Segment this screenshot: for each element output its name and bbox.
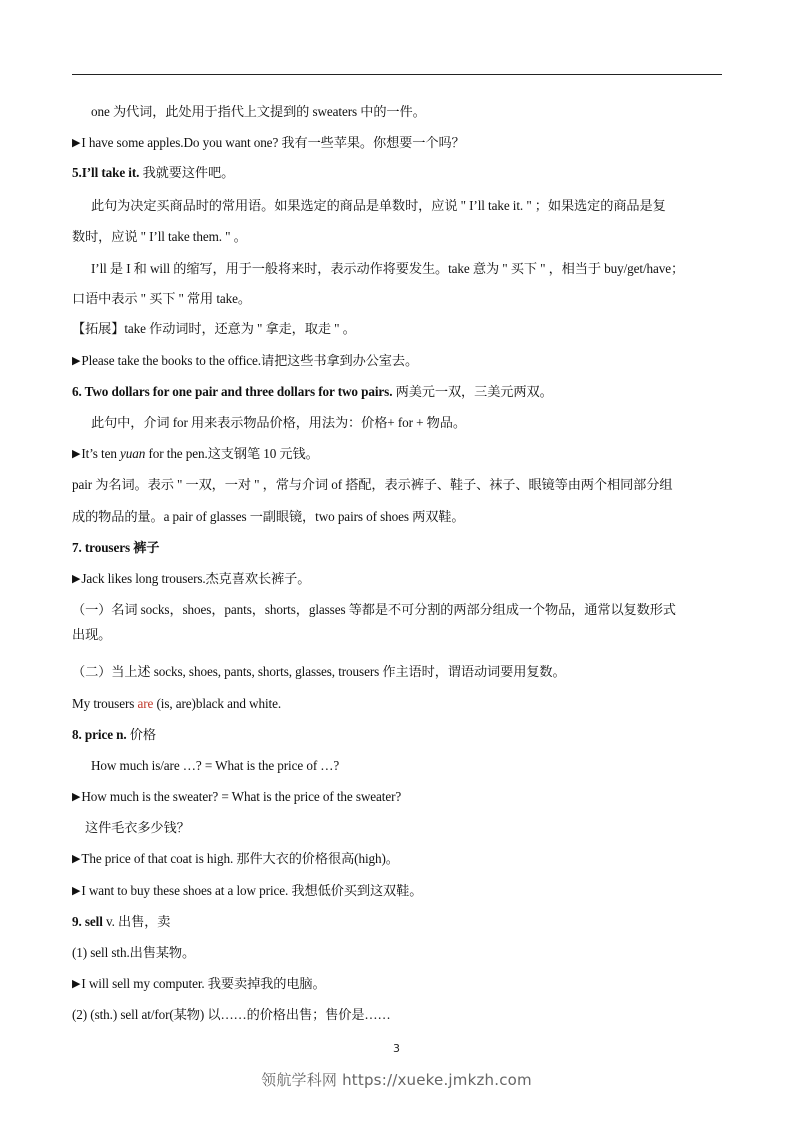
text-line: 这件毛衣多少钱？ <box>85 819 190 837</box>
page-number: 3 <box>0 1042 793 1055</box>
example-sentence: ▶I have some apples.Do you want one? 我有一… <box>72 134 465 153</box>
text-segment: 此句中，介词 for 用来表示物品价格，用法为：价格+ for + 物品。 <box>91 415 466 430</box>
text-line: one 为代词，此处用于指代上文提到的 sweaters 中的一件。 <box>91 103 426 121</box>
text-segment: v. 出售，卖 <box>103 914 171 929</box>
text-segment: It’s ten <box>81 446 120 461</box>
text-segment: for the pen.这支钢笔 10 元钱。 <box>145 446 318 461</box>
text-line: 出现。 <box>72 626 111 644</box>
text-line: 数时，应说 " I’ll take them. " 。 <box>72 228 247 246</box>
triangle-bullet-icon: ▶ <box>72 445 80 463</box>
header-rule <box>72 74 722 75</box>
text-line: (1) sell sth.出售某物。 <box>72 944 195 962</box>
text-line: （二）当上述 socks, shoes, pants, shorts, glas… <box>72 663 566 681</box>
text-segment: (2) (sth.) sell at/for(某物) 以……的价格出售；售价是…… <box>72 1007 391 1022</box>
text-segment: How much is/are …? = What is the price o… <box>91 758 339 773</box>
text-line: （一）名词 socks，shoes，pants，shorts，glasses 等… <box>72 601 676 619</box>
text-segment: 我就要这件吧。 <box>139 165 234 180</box>
text-segment: one 为代词，此处用于指代上文提到的 sweaters 中的一件。 <box>91 104 426 119</box>
example-sentence: ▶It’s ten yuan for the pen.这支钢笔 10 元钱。 <box>72 445 319 464</box>
text-line: 8. price n. 价格 <box>72 726 156 744</box>
text-segment: (1) sell sth.出售某物。 <box>72 945 195 960</box>
heading-text: 6. Two dollars for one pair and three do… <box>72 384 392 399</box>
triangle-bullet-icon: ▶ <box>72 134 80 152</box>
triangle-bullet-icon: ▶ <box>72 570 80 588</box>
text-segment: 此句为决定买商品时的常用语。如果选定的商品是单数时，应说 " I’ll take… <box>91 198 666 213</box>
watermark: 领航学科网 https://xueke.jmkzh.com <box>0 1069 793 1090</box>
answer-text: are <box>137 696 153 711</box>
triangle-bullet-icon: ▶ <box>72 352 80 370</box>
text-segment: Jack likes long trousers.杰克喜欢长裤子。 <box>81 571 310 586</box>
text-segment: yuan <box>120 446 145 461</box>
text-segment: I will sell my computer. 我要卖掉我的电脑。 <box>81 976 325 991</box>
text-line: 口语中表示 " 买下 " 常用 take。 <box>72 290 251 308</box>
text-line: My trousers are (is, are)black and white… <box>72 695 281 713</box>
text-segment: （二）当上述 socks, shoes, pants, shorts, glas… <box>72 664 566 679</box>
text-segment: My trousers <box>72 696 137 711</box>
text-line: 此句为决定买商品时的常用语。如果选定的商品是单数时，应说 " I’ll take… <box>91 197 666 215</box>
text-line: How much is/are …? = What is the price o… <box>91 757 339 775</box>
text-segment: The price of that coat is high. 那件大衣的价格很… <box>81 851 399 866</box>
text-line: 5.I’ll take it. 我就要这件吧。 <box>72 164 234 182</box>
example-sentence: ▶I want to buy these shoes at a low pric… <box>72 882 422 901</box>
text-segment: 成的物品的量。a pair of glasses 一副眼镜，two pairs … <box>72 509 464 524</box>
text-segment: 两美元一双，三美元两双。 <box>392 384 552 399</box>
text-segment: I want to buy these shoes at a low price… <box>81 883 422 898</box>
text-line: 【拓展】take 作动词时，还意为 " 拿走，取走 " 。 <box>72 320 356 338</box>
heading-text: 5.I’ll take it. <box>72 165 139 180</box>
text-line: 7. trousers 裤子 <box>72 539 159 557</box>
heading-text: 8. price n. <box>72 727 127 742</box>
text-line: I’ll 是 I 和 will 的缩写，用于一般将来时，表示动作将要发生。tak… <box>91 260 684 278</box>
text-segment: 价格 <box>127 727 156 742</box>
heading-text: 7. trousers 裤子 <box>72 540 159 555</box>
text-segment: How much is the sweater? = What is the p… <box>81 789 401 804</box>
triangle-bullet-icon: ▶ <box>72 850 80 868</box>
text-segment: I’ll 是 I 和 will 的缩写，用于一般将来时，表示动作将要发生。tak… <box>91 261 684 276</box>
example-sentence: ▶How much is the sweater? = What is the … <box>72 788 401 807</box>
triangle-bullet-icon: ▶ <box>72 788 80 806</box>
text-segment: pair 为名词。表示 " 一双，一对 " ，常与介词 of 搭配，表示裤子、鞋… <box>72 477 672 492</box>
text-line: 6. Two dollars for one pair and three do… <box>72 383 553 401</box>
text-line: 成的物品的量。a pair of glasses 一副眼镜，two pairs … <box>72 508 464 526</box>
text-line: (2) (sth.) sell at/for(某物) 以……的价格出售；售价是…… <box>72 1006 391 1024</box>
text-segment: Please take the books to the office.请把这些… <box>81 353 418 368</box>
text-line: pair 为名词。表示 " 一双，一对 " ，常与介词 of 搭配，表示裤子、鞋… <box>72 476 672 494</box>
text-segment: （一）名词 socks，shoes，pants，shorts，glasses 等… <box>72 602 676 617</box>
text-segment: 【拓展】take 作动词时，还意为 " 拿走，取走 " 。 <box>72 321 356 336</box>
text-segment: 数时，应说 " I’ll take them. " 。 <box>72 229 247 244</box>
example-sentence: ▶Jack likes long trousers.杰克喜欢长裤子。 <box>72 570 310 589</box>
heading-text: 9. sell <box>72 914 103 929</box>
text-segment: I have some apples.Do you want one? 我有一些… <box>81 135 464 150</box>
example-sentence: ▶Please take the books to the office.请把这… <box>72 352 418 371</box>
triangle-bullet-icon: ▶ <box>72 975 80 993</box>
triangle-bullet-icon: ▶ <box>72 882 80 900</box>
text-segment: 这件毛衣多少钱？ <box>85 820 190 835</box>
example-sentence: ▶I will sell my computer. 我要卖掉我的电脑。 <box>72 975 326 994</box>
example-sentence: ▶The price of that coat is high. 那件大衣的价格… <box>72 850 399 869</box>
text-segment: (is, are)black and white. <box>153 696 281 711</box>
text-segment: 出现。 <box>72 627 111 642</box>
text-segment: 口语中表示 " 买下 " 常用 take。 <box>72 291 251 306</box>
text-line: 此句中，介词 for 用来表示物品价格，用法为：价格+ for + 物品。 <box>91 414 466 432</box>
text-line: 9. sell v. 出售，卖 <box>72 913 170 931</box>
